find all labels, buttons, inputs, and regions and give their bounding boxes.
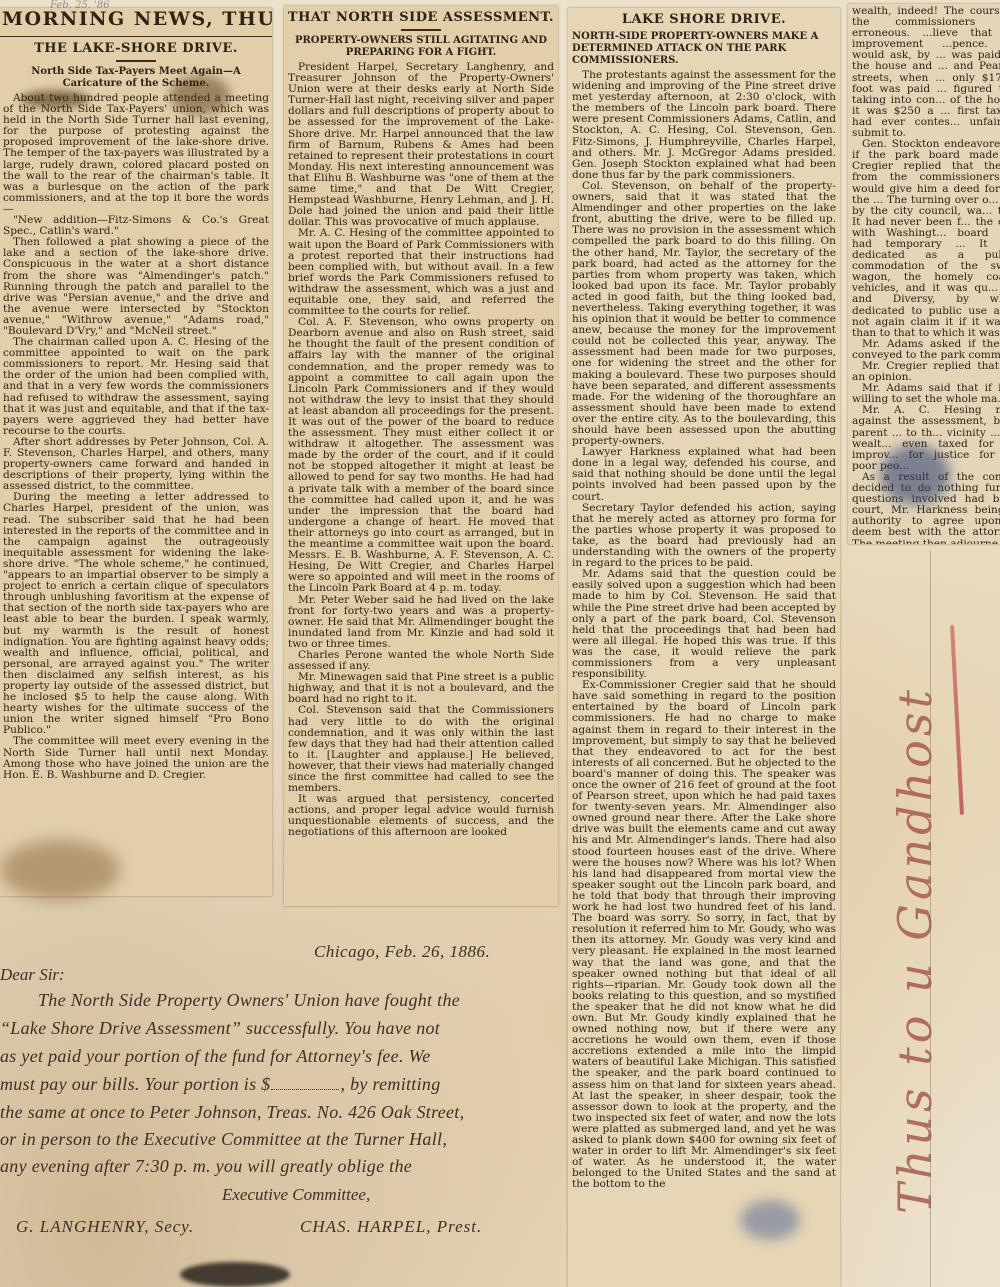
letter-portion-text-end: , by remitting: [340, 1074, 440, 1094]
paragraph: The chairman called upon A. C. Hesing of…: [3, 337, 269, 437]
letter-line-portion: must pay our bills. Your portion is $, b…: [0, 1074, 441, 1095]
clipping-subheadline: PROPERTY-OWNERS STILL AGITATING AND PREP…: [284, 35, 558, 59]
paragraph: Mr. A. C. Hesing ma... against the asses…: [852, 405, 1000, 472]
clipping-headline: THAT NORTH SIDE ASSESSMENT.: [284, 10, 558, 25]
paragraph: The protestants against the assessment f…: [572, 70, 836, 181]
letter-line: as yet paid your portion of the fund for…: [0, 1046, 431, 1067]
paragraph: As a result of the confe... decided to d…: [852, 472, 1000, 544]
letter-closing: Executive Committee,: [222, 1185, 370, 1205]
ink-blot: [180, 1262, 290, 1287]
clipping-subheadline: NORTH-SIDE PROPERTY-OWNERS MAKE A DETERM…: [568, 31, 840, 67]
clipping-continuation: wealth, indeed! The course of the commis…: [848, 4, 1000, 544]
clipping-body: The protestants against the assessment f…: [568, 70, 840, 1190]
scrapbook-page: Feb. 25. '86 MORNING NEWS, THUR THE LAKE…: [0, 0, 1000, 1287]
clipping-lake-shore-drive-attack: LAKE SHORE DRIVE. NORTH-SIDE PROPERTY-OW…: [568, 8, 840, 1287]
paragraph: Mr. Peter Weber said he had lived on the…: [288, 595, 554, 650]
letter-date: Chicago, Feb. 26, 1886.: [314, 942, 490, 962]
paragraph: Then followed a plat showing a piece of …: [3, 237, 269, 337]
paragraph: Mr. A. C. Hesing of the committee appoin…: [288, 228, 554, 317]
paragraph: Mr. Adams said that if it ... willing to…: [852, 383, 1000, 405]
signature-secretary: G. LANGHENRY, Secy.: [16, 1217, 194, 1237]
handwritten-note-text: Thus to u Gandhost: [888, 686, 942, 1214]
letter-salutation: Dear Sir:: [0, 965, 65, 985]
letter-line: the same at once to Peter Johnson, Treas…: [0, 1102, 464, 1123]
clipping-headline: LAKE SHORE DRIVE.: [568, 12, 840, 27]
letter-line: The North Side Property Owners' Union ha…: [38, 990, 460, 1011]
signature-president: CHAS. HARPEL, Prest.: [300, 1217, 482, 1237]
clipping-headline: THE LAKE-SHORE DRIVE.: [0, 41, 272, 56]
paragraph: Col. A. F. Stevenson, who owns property …: [288, 317, 554, 594]
headline-rule: [116, 60, 156, 62]
paragraph: President Harpel, Secretary Langhenry, a…: [288, 62, 554, 228]
paragraph: Gen. Stockton endeavored ... if the park…: [852, 139, 1000, 339]
paragraph: It was argued that persistency, concerte…: [288, 794, 554, 838]
letter-line: any evening after 7:30 p. m. you will gr…: [0, 1156, 412, 1177]
clipping-north-side-assessment: THAT NORTH SIDE ASSESSMENT. PROPERTY-OWN…: [284, 6, 558, 906]
paragraph: Col. Stevenson said that the Commissione…: [288, 705, 554, 794]
paragraph: Charles Perone wanted the whole North Si…: [288, 650, 554, 672]
paragraph: Mr. Cregier replied that h... an opinion…: [852, 361, 1000, 383]
paragraph: Mr. Adams asked if the s... conveyed to …: [852, 339, 1000, 361]
paragraph: Col. Stevenson, on behalf of the propert…: [572, 181, 836, 447]
clipping-body: About two hundred people attended a meet…: [0, 93, 272, 781]
clipping-body: wealth, indeed! The course of the commis…: [848, 4, 1000, 544]
amount-blank: [271, 1089, 339, 1090]
clipping-body: President Harpel, Secretary Langhenry, a…: [284, 62, 558, 839]
paragraph: Mr. Adams said that the question could b…: [572, 569, 836, 680]
paragraph: Secretary Taylor defended his action, sa…: [572, 503, 836, 570]
newspaper-masthead: MORNING NEWS, THUR: [0, 8, 272, 37]
clipping-lake-shore-drive: MORNING NEWS, THUR THE LAKE-SHORE DRIVE.…: [0, 8, 272, 896]
paragraph: wealth, indeed! The course of the commis…: [852, 6, 1000, 139]
letter-line: “Lake Shore Drive Assessment” successful…: [0, 1018, 440, 1039]
paragraph: Mr. Minewagen said that Pine street is a…: [288, 672, 554, 705]
paragraph: Lawyer Harkness explained what had been …: [572, 447, 836, 502]
paragraph: After short addresses by Peter Johnson, …: [3, 437, 269, 492]
printed-letter: Chicago, Feb. 26, 1886. Dear Sir: The No…: [0, 930, 560, 1260]
clipping-subheadline: North Side Tax-Payers Meet Again—A Caric…: [0, 66, 272, 90]
page-crease: [930, 550, 931, 1287]
headline-rule: [401, 29, 441, 31]
paragraph: Ex-Commissioner Cregier said that he sho…: [572, 680, 836, 1190]
paragraph: About two hundred people attended a meet…: [3, 93, 269, 215]
letter-line: or in person to the Executive Committee …: [0, 1129, 447, 1150]
pencil-annotation: Feb. 25. '86: [50, 0, 250, 8]
paragraph: "New addition—Fitz-Simons & Co.'s Great …: [3, 215, 269, 237]
paragraph: The committee will meet every evening in…: [3, 736, 269, 780]
letter-portion-text: must pay our bills. Your portion is $: [0, 1074, 270, 1094]
paragraph: During the meeting a letter addressed to…: [3, 492, 269, 736]
